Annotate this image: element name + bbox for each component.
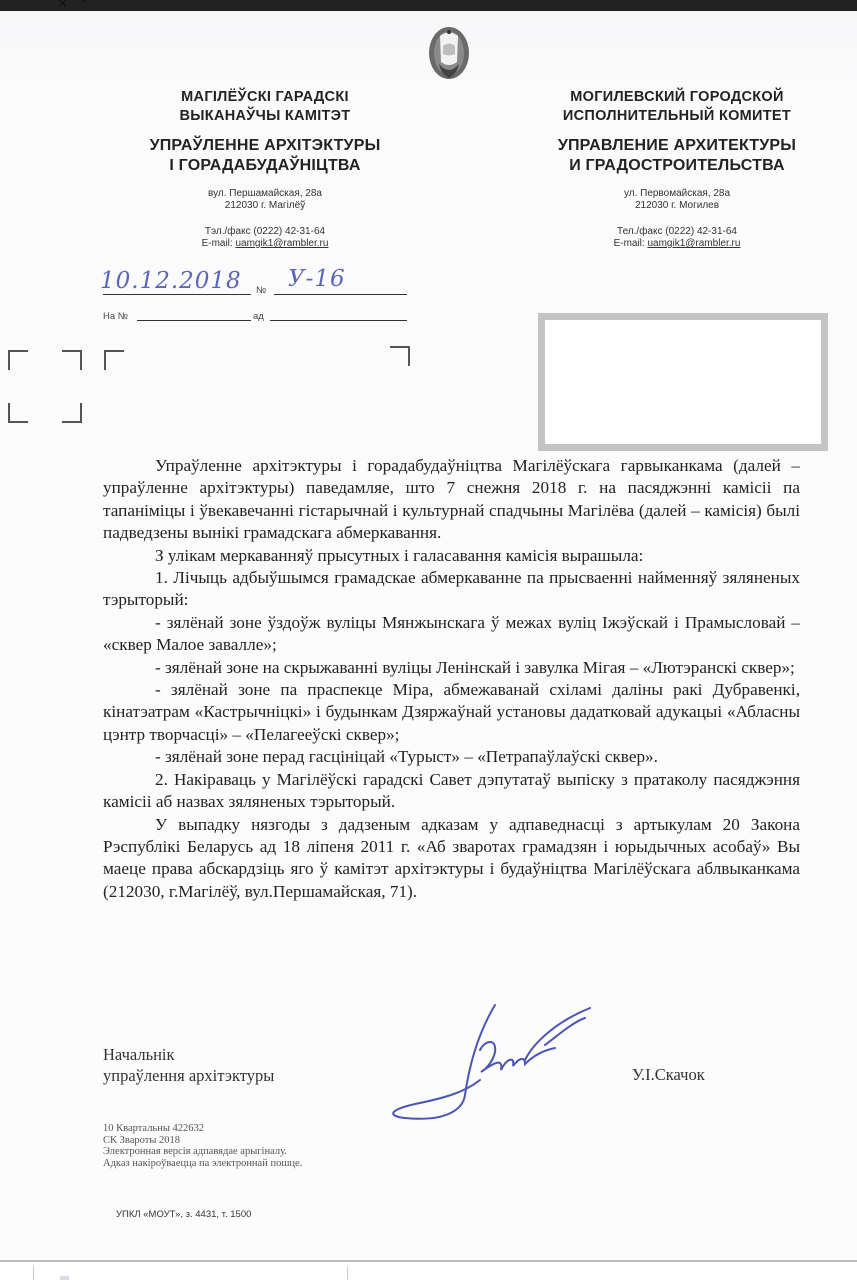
ref-from-underline: [270, 320, 407, 321]
letterhead-belarusian: МАГІЛЁЎСКІ ГАРАДСКІ ВЫКАНАЎЧЫ КАМІТЭТ УП…: [110, 88, 420, 250]
body-paragraph: У выпадку нязгоды з дадзеным адказам у а…: [103, 814, 800, 904]
letterhead-russian: МОГИЛЕВСКИЙ ГОРОДСКОЙ ИСПОЛНИТЕЛЬНЫЙ КОМ…: [524, 88, 830, 250]
dept-name-line2: І ГОРАДАБУДАЎНІЦТВА: [110, 156, 420, 176]
viewer-bottom-bar: [0, 1260, 857, 1280]
signatory-title-line1: Начальнік: [103, 1044, 274, 1065]
body-list-item: - зялёнай зоне па праспекце Міра, абмежа…: [103, 679, 800, 746]
ref-label: На №: [103, 311, 128, 322]
body-list-item: - зялёнай зоне перад гасцініцай «Турыст»…: [103, 746, 800, 768]
subject-bracket-left: [104, 350, 124, 370]
belarus-emblem-icon: [427, 24, 471, 80]
footer-line: Электронная версія адпавядае арыгіналу.: [103, 1146, 302, 1158]
ref-underline: [137, 320, 251, 321]
footer-notes: 10 Квартальны 422632 СК Звароты 2018 Эле…: [103, 1123, 302, 1169]
org-name-line2: ИСПОЛНИТЕЛЬНЫЙ КОМИТЕТ: [524, 107, 830, 126]
footer-line: СК Звароты 2018: [103, 1135, 302, 1147]
footer-line: Адказ накіроўваецца па электроннай пошце…: [103, 1158, 302, 1170]
signatory-title-line2: упраўлення архітэктуры: [103, 1065, 274, 1086]
address-bracket-br: [62, 403, 82, 423]
signatory-title: Начальнік упраўлення архітэктуры: [103, 1044, 274, 1086]
address-bracket-tl: [8, 350, 28, 370]
body-paragraph: З улікам меркаванняў прысутных і галасав…: [103, 545, 800, 567]
handwritten-number: У-16: [288, 266, 346, 292]
body-paragraph: Упраўленне архітэктуры і горадабудаўніцт…: [103, 455, 800, 545]
body-list-item: - зялёнай зоне на скрыжаванні вуліцы Лен…: [103, 657, 800, 679]
email-label: E-mail:: [202, 238, 236, 249]
org-name-line1: МАГІЛЁЎСКІ ГАРАДСКІ: [110, 88, 420, 107]
handwritten-signature-icon: [385, 1000, 595, 1125]
thumbnail-icon[interactable]: [60, 1276, 69, 1280]
dept-name-line1: УПРАЎЛЕННЕ АРХІТЭКТУРЫ: [110, 136, 420, 156]
number-label: №: [256, 285, 266, 296]
redacted-recipient-block: [538, 313, 828, 451]
email-label: E-mail:: [614, 238, 648, 249]
address: ул. Первомайская, 28а 212030 г. Могилев: [524, 188, 830, 212]
subject-bracket-right: [390, 346, 410, 366]
phone: Тэл./факс (0222) 42-31-64: [110, 226, 420, 238]
signatory-name: У.І.Скачок: [632, 1065, 705, 1085]
body-paragraph: 2. Накіраваць у Магілёўскі гарадскі Саве…: [103, 769, 800, 814]
body-list-item: - зялёнай зоне ўздоўж вуліцы Мянжынскага…: [103, 612, 800, 657]
separator: [347, 1266, 348, 1280]
address-line2: 212030 г. Магілёў: [110, 200, 420, 212]
date-underline: [103, 294, 251, 295]
address-line1: ул. Первомайская, 28а: [524, 188, 830, 200]
footer-line: 10 Квартальны 422632: [103, 1123, 302, 1135]
separator: [33, 1266, 34, 1280]
dept-name-line1: УПРАВЛЕНИЕ АРХИТЕКТУРЫ: [524, 136, 830, 156]
address-line1: вул. Першамайская, 28а: [110, 188, 420, 200]
email-link[interactable]: uamgik1@rambler.ru: [647, 238, 740, 249]
dept-name: УПРАВЛЕНИЕ АРХИТЕКТУРЫ И ГРАДОСТРОИТЕЛЬС…: [524, 136, 830, 176]
printer-imprint: УПКЛ «МОУТ», з. 4431, т. 1500: [116, 1209, 251, 1220]
body-paragraph: 1. Лічыць адбыўшымся грамадскае абмеркав…: [103, 567, 800, 612]
dept-name: УПРАЎЛЕННЕ АРХІТЭКТУРЫ І ГОРАДАБУДАЎНІЦТ…: [110, 136, 420, 176]
address-line2: 212030 г. Могилев: [524, 200, 830, 212]
viewer-top-bar: ✕ ▾: [0, 0, 857, 11]
number-underline: [274, 294, 407, 295]
org-name-line1: МОГИЛЕВСКИЙ ГОРОДСКОЙ: [524, 88, 830, 107]
handwritten-date: 10.12.2018: [100, 268, 242, 294]
letter-body: Упраўленне архітэктуры і горадабудаўніцт…: [103, 455, 800, 903]
dept-name-line2: И ГРАДОСТРОИТЕЛЬСТВА: [524, 156, 830, 176]
address: вул. Першамайская, 28а 212030 г. Магілёў: [110, 188, 420, 212]
address-bracket-bl: [8, 403, 28, 423]
phone: Тел./факс (0222) 42-31-64: [524, 226, 830, 238]
contact: Тэл./факс (0222) 42-31-64 E-mail: uamgik…: [110, 226, 420, 250]
address-bracket-tr: [62, 350, 82, 370]
email-link[interactable]: uamgik1@rambler.ru: [235, 238, 328, 249]
contact: Тел./факс (0222) 42-31-64 E-mail: uamgik…: [524, 226, 830, 250]
ref-from-label: ад: [253, 311, 264, 322]
org-name-line2: ВЫКАНАЎЧЫ КАМІТЭТ: [110, 107, 420, 126]
dropdown-icon[interactable]: ▾: [82, 0, 87, 6]
